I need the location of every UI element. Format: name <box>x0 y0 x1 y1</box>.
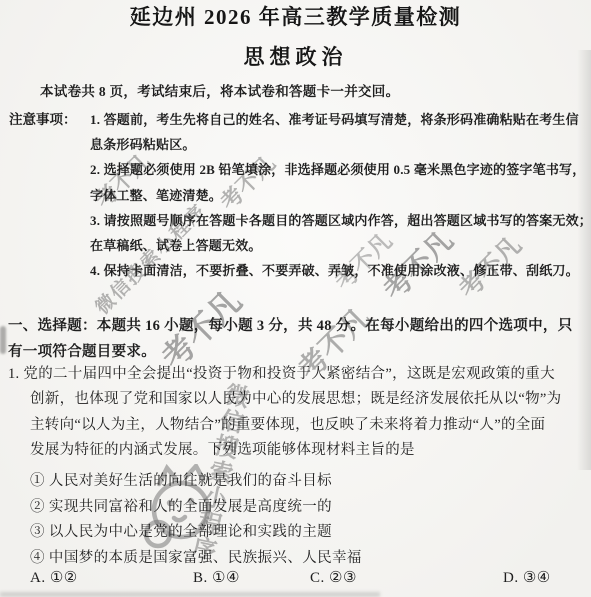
section-header-line: 一、选择题：本题共 16 小题，每小题 3 分，共 48 分。在每小题给出的四个… <box>8 314 573 340</box>
choice-a: A. ①② <box>30 568 78 587</box>
choice-d: D. ③④ <box>503 568 551 587</box>
question-1-statements: ① 人民对美好生活的向往就是我们的奋斗目标 ② 实现共同富裕和人的全面发展是高度… <box>30 469 362 571</box>
statement-1: ① 人民对美好生活的向往就是我们的奋斗目标 <box>30 469 362 495</box>
question-1: 1. 党的二十届四中全会提出“投资于物和投资于人紧密结合”，这既是宏观政策的重大… <box>8 362 561 463</box>
question-line: 主转向“以人为主，人物结合”的重要体现，也反映了未来将着力推动“人”的全面 <box>8 413 561 438</box>
scan-shadow-right <box>577 50 591 470</box>
statement-3: ③ 以人民为中心是党的全部理论和实践的主题 <box>30 520 362 546</box>
notice-line: 4. 保持卡面清洁，不要折叠、不要弄破、弄皱，不准使用涂改液、修正带、刮纸刀。 <box>90 258 591 283</box>
notice-line: 在草稿纸、试卷上答题无效。 <box>90 233 591 258</box>
statement-2: ② 实现共同富裕和人的全面发展是高度统一的 <box>30 495 362 521</box>
notice-line: 息条形码粘贴区。 <box>90 132 591 157</box>
question-1-choices: A. ①② B. ①④ C. ②③ D. ③④ <box>0 568 591 592</box>
exam-subject: 思想政治 <box>0 41 591 71</box>
question-line: 创新，也体现了党和国家以人民为中心的发展思想；既是经济发展依托从以“物”为 <box>8 387 561 412</box>
exam-paper-page: 考不凡 考不凡 微信搜索小程序 考不凡 考不凡 考不凡 考不凡 考不凡 微信搜索… <box>0 0 591 597</box>
scan-shadow-bottom <box>0 592 380 597</box>
notice-line: 2. 选择题必须使用 2B 铅笔填涂，非选择题必须使用 0.5 毫米黑色字迹的签… <box>90 157 591 182</box>
notice-list: 1. 答题前，考生先将自己的姓名、准考证号码填写清楚，将条形码准确粘贴在考生信 … <box>90 107 591 283</box>
scan-smudge-left <box>0 326 6 354</box>
exam-title: 延边州 2026 年高三教学质量检测 <box>0 3 591 31</box>
notice-line: 字体工整、笔迹清楚。 <box>90 183 591 208</box>
question-line: 发展为特征的内涵式发展。下列选项能够体现材料主旨的是 <box>8 438 561 463</box>
choice-b: B. ①④ <box>193 568 240 587</box>
question-line: 1. 党的二十届四中全会提出“投资于物和投资于人紧密结合”，这既是宏观政策的重大 <box>8 362 561 387</box>
choice-c: C. ②③ <box>310 568 357 587</box>
notice-line: 1. 答题前，考生先将自己的姓名、准考证号码填写清楚，将条形码准确粘贴在考生信 <box>90 107 591 132</box>
return-note: 本试卷共 8 页，考试结束后，将本试卷和答题卡一并交回。 <box>40 80 399 100</box>
notice-label: 注意事项： <box>9 108 77 128</box>
section-header: 一、选择题：本题共 16 小题，每小题 3 分，共 48 分。在每小题给出的四个… <box>8 314 573 365</box>
notice-line: 3. 请按照题号顺序在答题卡各题目的答题区域内作答，超出答题区域书写的答案无效； <box>90 208 591 233</box>
